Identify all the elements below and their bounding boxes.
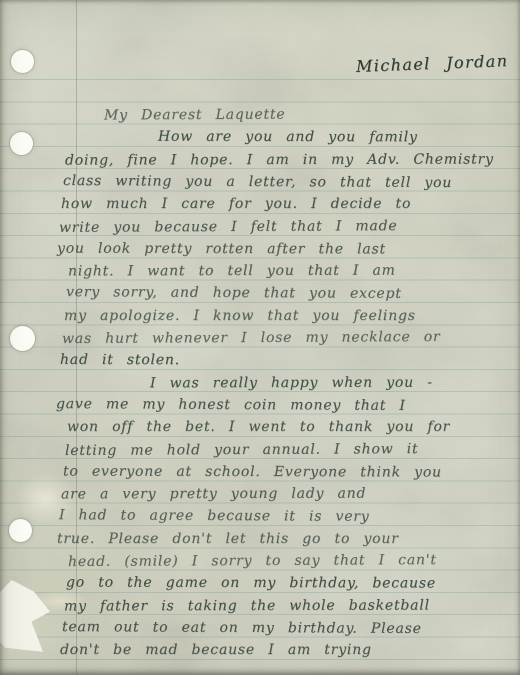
letter-line: I had to agree because it is very (59, 506, 370, 528)
letter-line: class writing you a letter, so that tell… (63, 171, 452, 193)
letter-line: My Dearest Laquette (104, 105, 286, 126)
letter-line: to everyone at school. Everyone think yo… (63, 461, 442, 482)
letter-line: won off the bet. I went to thank you for (67, 417, 450, 437)
letter-line: how much I care for you. I decide to (61, 194, 411, 214)
letter-line: my apologize. I know that you feelings (64, 306, 416, 326)
signature: Michael Jordan (356, 51, 509, 76)
letter-line: don't be mad because I am trying (60, 640, 372, 660)
scanned-letter-page: Michael Jordan My Dearest LaquetteHow ar… (0, 0, 520, 675)
letter-line: had it stolen. (60, 350, 180, 370)
letter-line: head. (smile) I sorry to say that I can'… (68, 550, 437, 572)
letter-line: true. Please don't let this go to your (57, 529, 399, 549)
letter-line: letting me hold your annual. I show it (65, 439, 419, 461)
letter-line: was hurt whenever I lose my necklace or (62, 327, 441, 349)
letter-line: night. I want to tell you that I am (68, 261, 396, 282)
letter-line: team out to eat on my birthday. Please (62, 617, 422, 639)
letter-line: you look pretty rotten after the last (57, 238, 386, 259)
letter-line: are a very pretty young lady and (61, 484, 366, 505)
letter-line: write you because I felt that I made (59, 216, 398, 238)
letter-line: doing, fine I hope. I am in my Adv. Chem… (65, 149, 494, 170)
letter-line: my father is taking the whole basketball (64, 595, 430, 616)
letter-line: How are you and you family (158, 127, 418, 148)
letter-line: I was really happy when you - (150, 372, 433, 393)
letter-line: very sorry, and hope that you except (66, 283, 402, 305)
handwriting-layer: Michael Jordan My Dearest LaquetteHow ar… (0, 0, 520, 675)
letter-line: gave me my honest coin money that I (56, 394, 406, 416)
letter-line: go to the game on my birthday, because (66, 573, 436, 594)
